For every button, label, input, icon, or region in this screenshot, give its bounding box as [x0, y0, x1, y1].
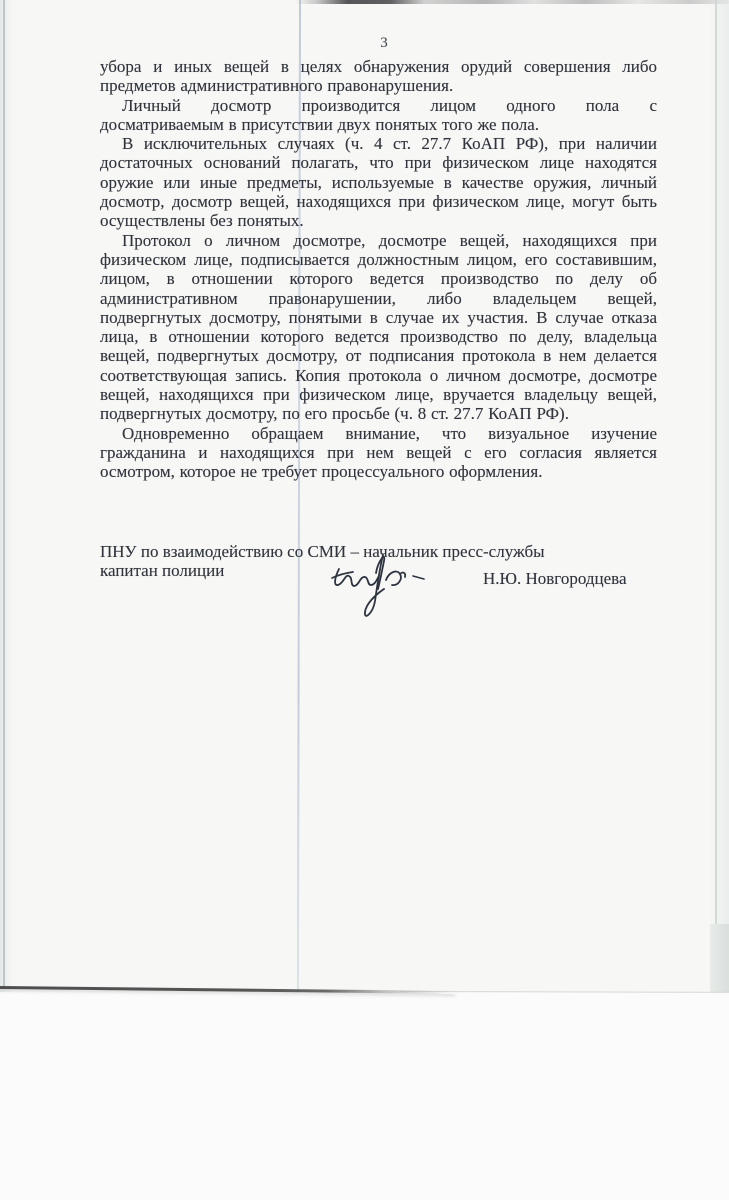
text-line: Личный досмотр производится лицом одного…: [100, 96, 657, 115]
page-number: 3: [372, 35, 396, 52]
signoff-rank: капитан полиции: [100, 561, 224, 581]
paper-right-edge-line: [715, 0, 717, 991]
paragraph: убора и иных вещей в целях обнаружения о…: [100, 57, 657, 96]
paper-left-edge-line: [3, 0, 5, 989]
signature-dash: [413, 576, 424, 579]
signature-descender-loop: [365, 555, 384, 616]
text-line: лицом, в отношении которого ведется прои…: [100, 269, 657, 288]
text-line: осмотром, которое не требует процессуаль…: [100, 462, 657, 481]
text-line: подвергнутых досмотру, понятыми в случае…: [100, 308, 657, 327]
text-line: гражданина и находящихся при нем вещей с…: [100, 443, 657, 462]
text-line: лица, в отношении которого ведется произ…: [100, 327, 657, 346]
text-line: убора и иных вещей в целях обнаружения о…: [100, 57, 657, 76]
scanned-document-page: 3 убора и иных вещей в целях обнаружения…: [0, 0, 729, 1200]
text-line: предметов административного правонарушен…: [100, 76, 657, 95]
signature-loops: [335, 569, 379, 586]
text-line: осуществлены без понятых.: [100, 211, 657, 230]
paper-right-edge-shadow: [708, 0, 729, 992]
text-line: досматриваемым в присутствии двух поняты…: [100, 115, 657, 134]
text-line: Протокол о личном досмотре, досмотре вещ…: [100, 231, 657, 250]
paper-right-edge-bottom-shadow: [710, 924, 729, 992]
text-line: оружие или иные предметы, используемые в…: [100, 173, 657, 192]
paragraph: Протокол о личном досмотре, досмотре вещ…: [100, 231, 657, 424]
text-line: вещей, подвергнутых досмотру, от подписа…: [100, 346, 657, 365]
scanner-background: [0, 992, 729, 1200]
text-line: достаточных оснований полагать, что при …: [100, 153, 657, 172]
text-line: соответствующая запись. Копия протокола …: [100, 366, 657, 385]
text-line: Одновременно обращаем внимание, что визу…: [100, 424, 657, 443]
text-line: физическом лице, подписывается должностн…: [100, 250, 657, 269]
signature-end-curl: [386, 572, 405, 586]
text-line: В исключительных случаях (ч. 4 ст. 27.7 …: [100, 134, 657, 153]
body-text: убора и иных вещей в целях обнаружения о…: [100, 57, 657, 482]
handwritten-signature: [320, 545, 435, 633]
text-line: подвергнутых досмотру, по его просьбе (ч…: [100, 404, 657, 423]
text-line: вещей, находящихся при физическом лице, …: [100, 385, 657, 404]
signer-name: Н.Ю. Новгородцева: [483, 569, 627, 589]
paragraph: В исключительных случаях (ч. 4 ст. 27.7 …: [100, 134, 657, 230]
paragraph: Личный досмотр производится лицом одного…: [100, 96, 657, 135]
scan-top-edge-smudge: [295, 0, 729, 4]
paper-left-edge-shadow: [0, 0, 13, 992]
paragraph: Одновременно обращаем внимание, что визу…: [100, 424, 657, 482]
text-line: досмотр, досмотр вещей, находящихся при …: [100, 192, 657, 211]
text-line: административном правонарушении, либо вл…: [100, 289, 657, 308]
